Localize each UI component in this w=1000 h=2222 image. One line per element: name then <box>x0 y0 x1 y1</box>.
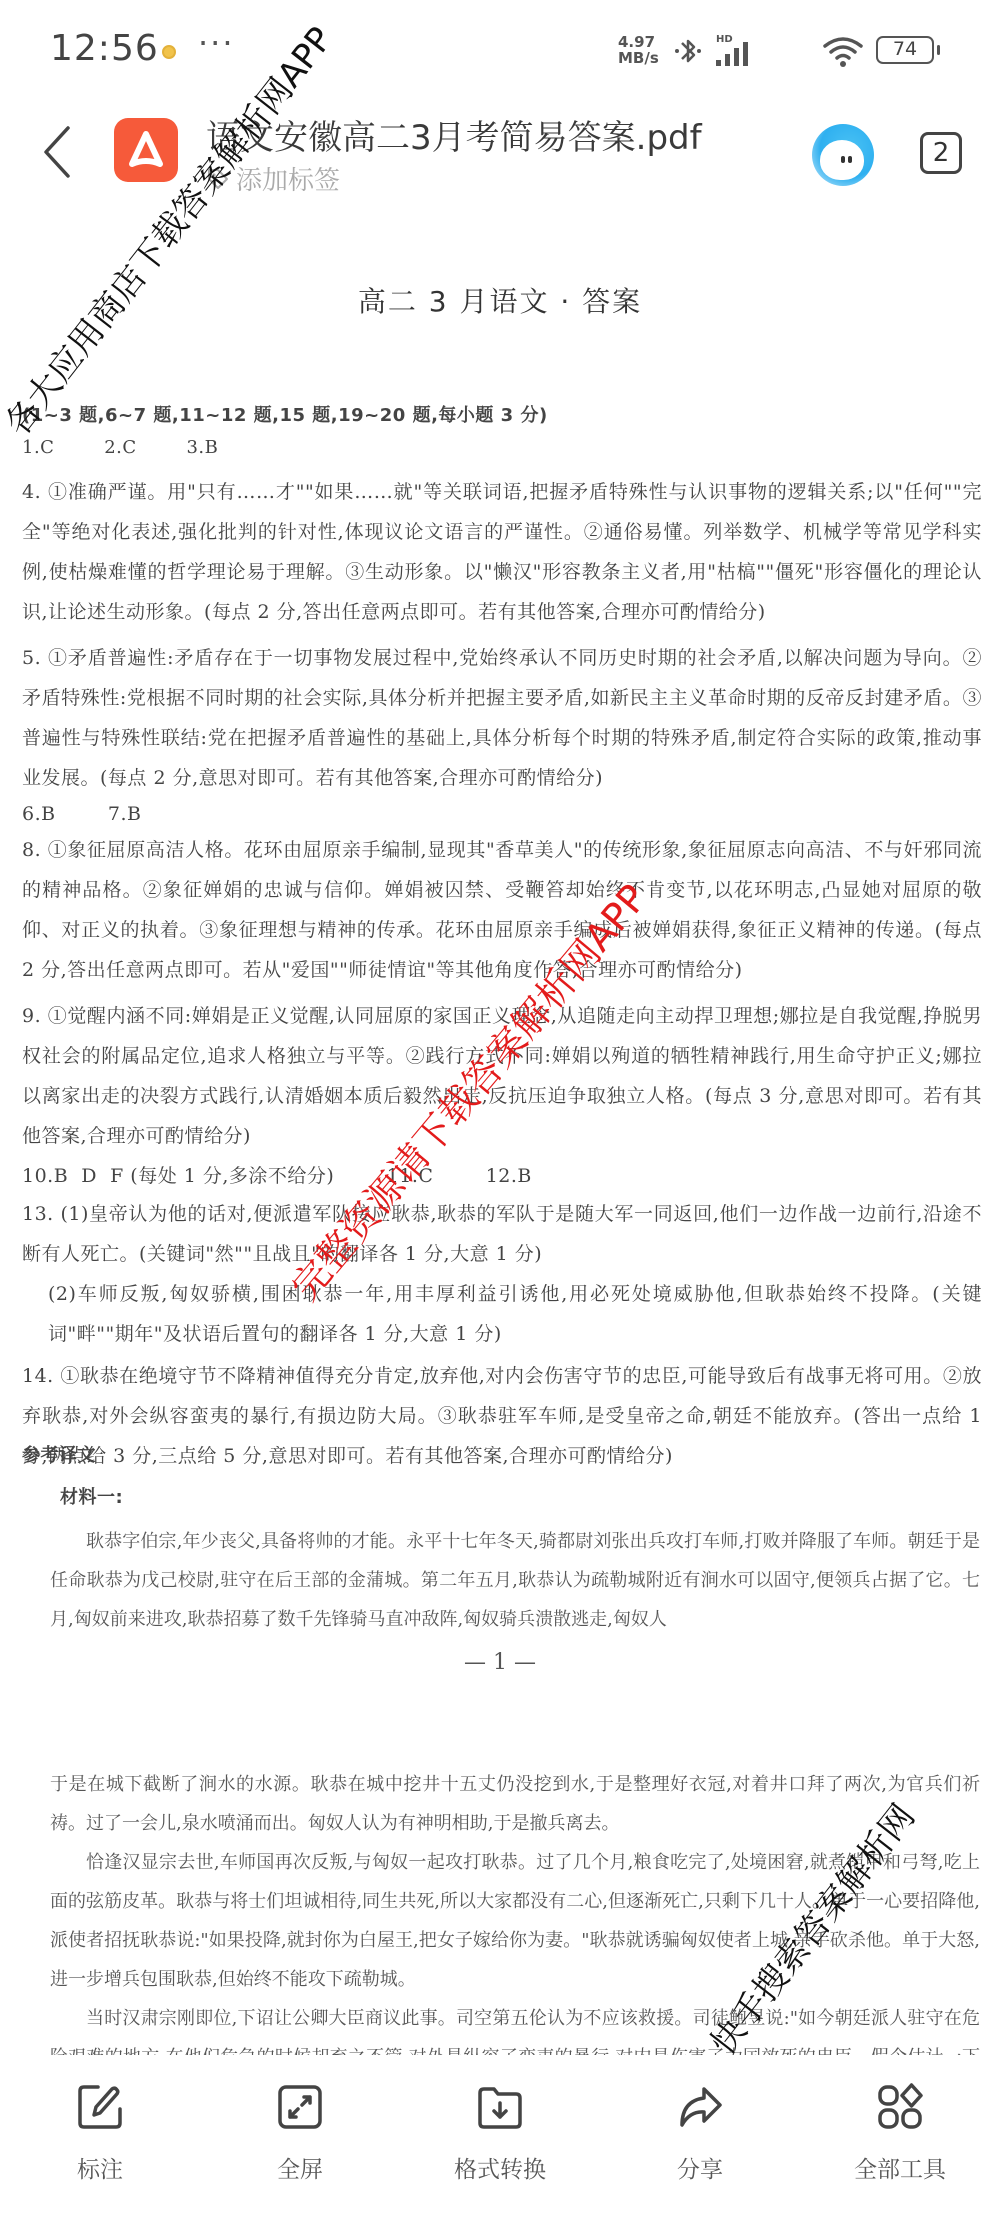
answer-q8-text: 8. ①象征屈原高洁人格。花环由屈原亲手编制,显现其"香草美人"的传统形象,象征… <box>22 830 982 990</box>
scoring-note-section: (1~3 题,6~7 题,11~12 题,15 题,19~20 题,每小题 3 … <box>22 400 982 464</box>
share-button[interactable]: 分享 <box>600 2055 800 2222</box>
status-bar: 12:56 ··· 4.97 MB/s HD 74 <box>0 0 1000 100</box>
answers-6-7-text: 6.B 7.B <box>22 794 982 834</box>
share-label: 分享 <box>677 2151 723 2184</box>
network-speed: 4.97 MB/s <box>618 34 659 66</box>
scoring-note: (1~3 题,6~7 题,11~12 题,15 题,19~20 题,每小题 3 … <box>22 400 982 432</box>
fullscreen-icon <box>274 2081 326 2133</box>
battery-indicator: 74 <box>876 36 934 64</box>
ai-assistant-button[interactable] <box>812 124 874 186</box>
answers-6-7: 6.B 7.B <box>22 794 982 834</box>
answers-1-3: 1.C 2.C 3.B <box>22 432 982 464</box>
share-icon <box>674 2081 726 2133</box>
app-logo <box>114 118 178 182</box>
translation-p2-text: 恰逢汉显宗去世,车师国再次反叛,与匈奴一起攻打耿恭。过了几个月,粮食吃完了,处境… <box>50 1843 980 1999</box>
add-tag-button[interactable]: 添加标签 <box>206 160 340 197</box>
answer-q9: 9. ①觉醒内涵不同:婵娟是正义觉醒,认同屈原的家国正义理念,从追随走向主动捍卫… <box>22 996 982 1156</box>
answers-10-12: 10.B D F (每处 1 分,多涂不给分) 11.C 12.B <box>22 1156 982 1196</box>
all-tools-label: 全部工具 <box>854 2151 946 2184</box>
notification-dot-icon <box>162 45 176 59</box>
fullscreen-button[interactable]: 全屏 <box>200 2055 400 2222</box>
add-tag-label: 添加标签 <box>236 160 340 197</box>
document-header: 语文安徽高二3月考简易答案.pdf 添加标签 2 <box>0 100 1000 210</box>
document-title: 语文安徽高二3月考简易答案.pdf <box>206 110 702 159</box>
status-time: 12:56 <box>50 28 159 69</box>
page-number: — 1 — <box>0 1650 1000 1675</box>
translation-paragraph-2: 恰逢汉显宗去世,车师国再次反叛,与匈奴一起攻打耿恭。过了几个月,粮食吃完了,处境… <box>50 1843 980 1999</box>
pdf-page[interactable]: 高二 3 月语文 · 答案 (1~3 题,6~7 题,11~12 题,15 题,… <box>0 210 1000 2055</box>
network-speed-unit: MB/s <box>618 50 659 66</box>
mascot-eye-right <box>848 156 852 163</box>
answer-q13-part1: 13. (1)皇帝认为他的话对,便派遣军队接应耿恭,耿恭的军队于是随大军一同返回… <box>22 1194 982 1274</box>
answer-sheet-heading: 高二 3 月语文 · 答案 <box>0 280 1000 320</box>
fullscreen-label: 全屏 <box>277 2151 323 2184</box>
cell-signal-icon: HD <box>714 32 760 68</box>
wifi-icon <box>822 34 864 70</box>
all-tools-icon <box>874 2081 926 2133</box>
translation-paragraph-1: 耿恭字伯宗,年少丧父,具备将帅的才能。永平十七年冬天,骑都尉刘张出兵攻打车师,打… <box>50 1522 980 1639</box>
annotate-icon <box>74 2081 126 2133</box>
bottom-toolbar: 标注 全屏 格式转换 分享 全部工具 <box>0 2055 1000 2222</box>
format-convert-button[interactable]: 格式转换 <box>400 2055 600 2222</box>
answers-10-12-text: 10.B D F (每处 1 分,多涂不给分) 11.C 12.B <box>22 1156 982 1196</box>
answer-q5-text: 5. ①矛盾普遍性:矛盾存在于一切事物发展过程中,党始终承认不同历史时期的社会矛… <box>22 638 982 798</box>
answer-q4: 4. ①准确严谨。用"只有……才""如果……就"等关联词语,把握矛盾特殊性与认识… <box>22 472 982 632</box>
tab-count-button[interactable]: 2 <box>920 132 962 174</box>
convert-icon <box>474 2081 526 2133</box>
translation-p1-cont-text: 于是在城下截断了涧水的水源。耿恭在城中挖井十五丈仍没挖到水,于是整理好衣冠,对着… <box>50 1765 980 1843</box>
answer-q8: 8. ①象征屈原高洁人格。花环由屈原亲手编制,显现其"香草美人"的传统形象,象征… <box>22 830 982 990</box>
answer-q13-part2: (2)车师反叛,匈奴骄横,围困耿恭一年,用丰厚利益引诱他,用必死处境威胁他,但耿… <box>22 1274 982 1354</box>
answer-q13: 13. (1)皇帝认为他的话对,便派遣军队接应耿恭,耿恭的军队于是随大军一同返回… <box>22 1194 982 1354</box>
signal-hd-label: HD <box>716 34 733 45</box>
material-one-title: 材料一: <box>60 1478 1000 1518</box>
answer-q9-text: 9. ①觉醒内涵不同:婵娟是正义觉醒,认同屈原的家国正义理念,从追随走向主动捍卫… <box>22 996 982 1156</box>
back-button[interactable] <box>36 122 80 182</box>
annotate-label: 标注 <box>77 2151 123 2184</box>
all-tools-button[interactable]: 全部工具 <box>800 2055 1000 2222</box>
annotate-button[interactable]: 标注 <box>0 2055 200 2222</box>
tag-icon <box>206 167 230 191</box>
answer-q4-text: 4. ①准确严谨。用"只有……才""如果……就"等关联词语,把握矛盾特殊性与认识… <box>22 472 982 632</box>
app-logo-icon <box>124 128 168 172</box>
answer-q5: 5. ①矛盾普遍性:矛盾存在于一切事物发展过程中,党始终承认不同历史时期的社会矛… <box>22 638 982 798</box>
translation-p1-text: 耿恭字伯宗,年少丧父,具备将帅的才能。永平十七年冬天,骑都尉刘张出兵攻打车师,打… <box>50 1522 980 1639</box>
more-notifications-icon: ··· <box>198 24 235 62</box>
network-speed-value: 4.97 <box>618 34 659 50</box>
format-convert-label: 格式转换 <box>454 2151 546 2184</box>
reference-translation-title: 参考译文 <box>22 1436 982 1476</box>
translation-paragraph-1-continued: 于是在城下截断了涧水的水源。耿恭在城中挖井十五丈仍没挖到水,于是整理好衣冠,对着… <box>50 1765 980 1843</box>
mascot-eye-left <box>841 156 845 163</box>
bluetooth-icon <box>672 34 704 68</box>
